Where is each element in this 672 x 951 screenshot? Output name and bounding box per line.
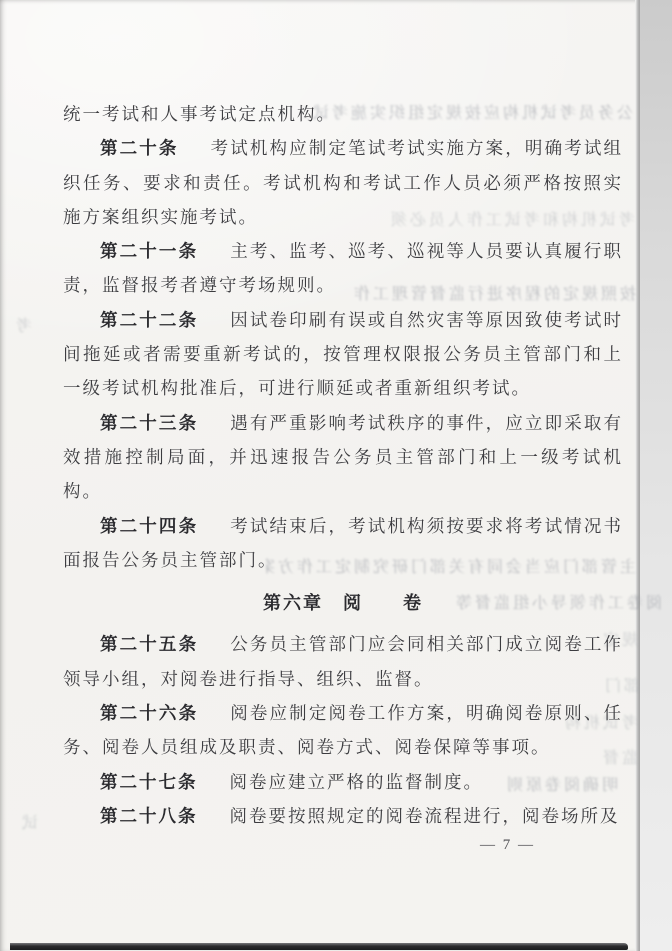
article-21: 第二十一条主考、监考、巡考、巡视等人员要认真履行职责，监督报考者遵守考场规则。 (63, 234, 623, 303)
article-28: 第二十八条阅卷要按照规定的阅卷流程进行，阅卷场所及 (63, 799, 623, 833)
document-body: 统一考试和人事考试定点机构。 第二十条考试机构应制定笔试考试实施方案，明确考试组… (63, 97, 623, 833)
article-25: 第二十五条公务员主管部门应会同相关部门成立阅卷工作领导小组，对阅卷进行指导、组织… (63, 627, 623, 696)
scanner-background-strip (640, 0, 672, 951)
article-22-number: 第二十二条 (100, 310, 230, 330)
article-27: 第二十七条阅卷应建立严格的监督制度。 (63, 765, 623, 799)
article-22: 第二十二条因试卷印刷有误或自然灾害等原因致使考试时间拖延或者需要重新考试的，按管… (63, 303, 623, 406)
chapter-heading: 第六章 阅 卷 (63, 586, 623, 620)
article-23: 第二十三条遇有严重影响考试秩序的事件，应立即采取有效措施控制局面，并迅速报告公务… (63, 406, 623, 509)
article-27-number: 第二十七条 (100, 772, 230, 792)
article-26: 第二十六条阅卷应制定阅卷工作方案，明确阅卷原则、任务、阅卷人员组成及职责、阅卷方… (63, 696, 623, 765)
article-28-number: 第二十八条 (100, 806, 230, 826)
article-20: 第二十条考试机构应制定笔试考试实施方案，明确考试组织任务、要求和责任。考试机构和… (63, 131, 623, 234)
article-21-number: 第二十一条 (100, 241, 230, 261)
page-number: — 7 — (480, 837, 535, 854)
article-24: 第二十四条考试结束后，考试机构须按要求将考试情况书面报告公务员主管部门。 (63, 509, 623, 578)
continuation-line: 统一考试和人事考试定点机构。 (63, 97, 623, 131)
article-28-body: 阅卷要按照规定的阅卷流程进行，阅卷场所及 (230, 806, 620, 826)
article-20-number: 第二十条 (100, 138, 211, 158)
article-23-number: 第二十三条 (100, 413, 230, 433)
article-25-number: 第二十五条 (100, 634, 230, 654)
article-26-number: 第二十六条 (100, 703, 230, 723)
article-27-body: 阅卷应建立严格的监督制度。 (230, 772, 484, 792)
article-24-number: 第二十四条 (100, 516, 230, 536)
scanner-bottom-edge-bar (10, 943, 628, 950)
scanned-document-page: 公务员考试机构应按规定组织实施考试工作 考试机构和考试工作人员必须 按照规定的程… (0, 0, 672, 951)
